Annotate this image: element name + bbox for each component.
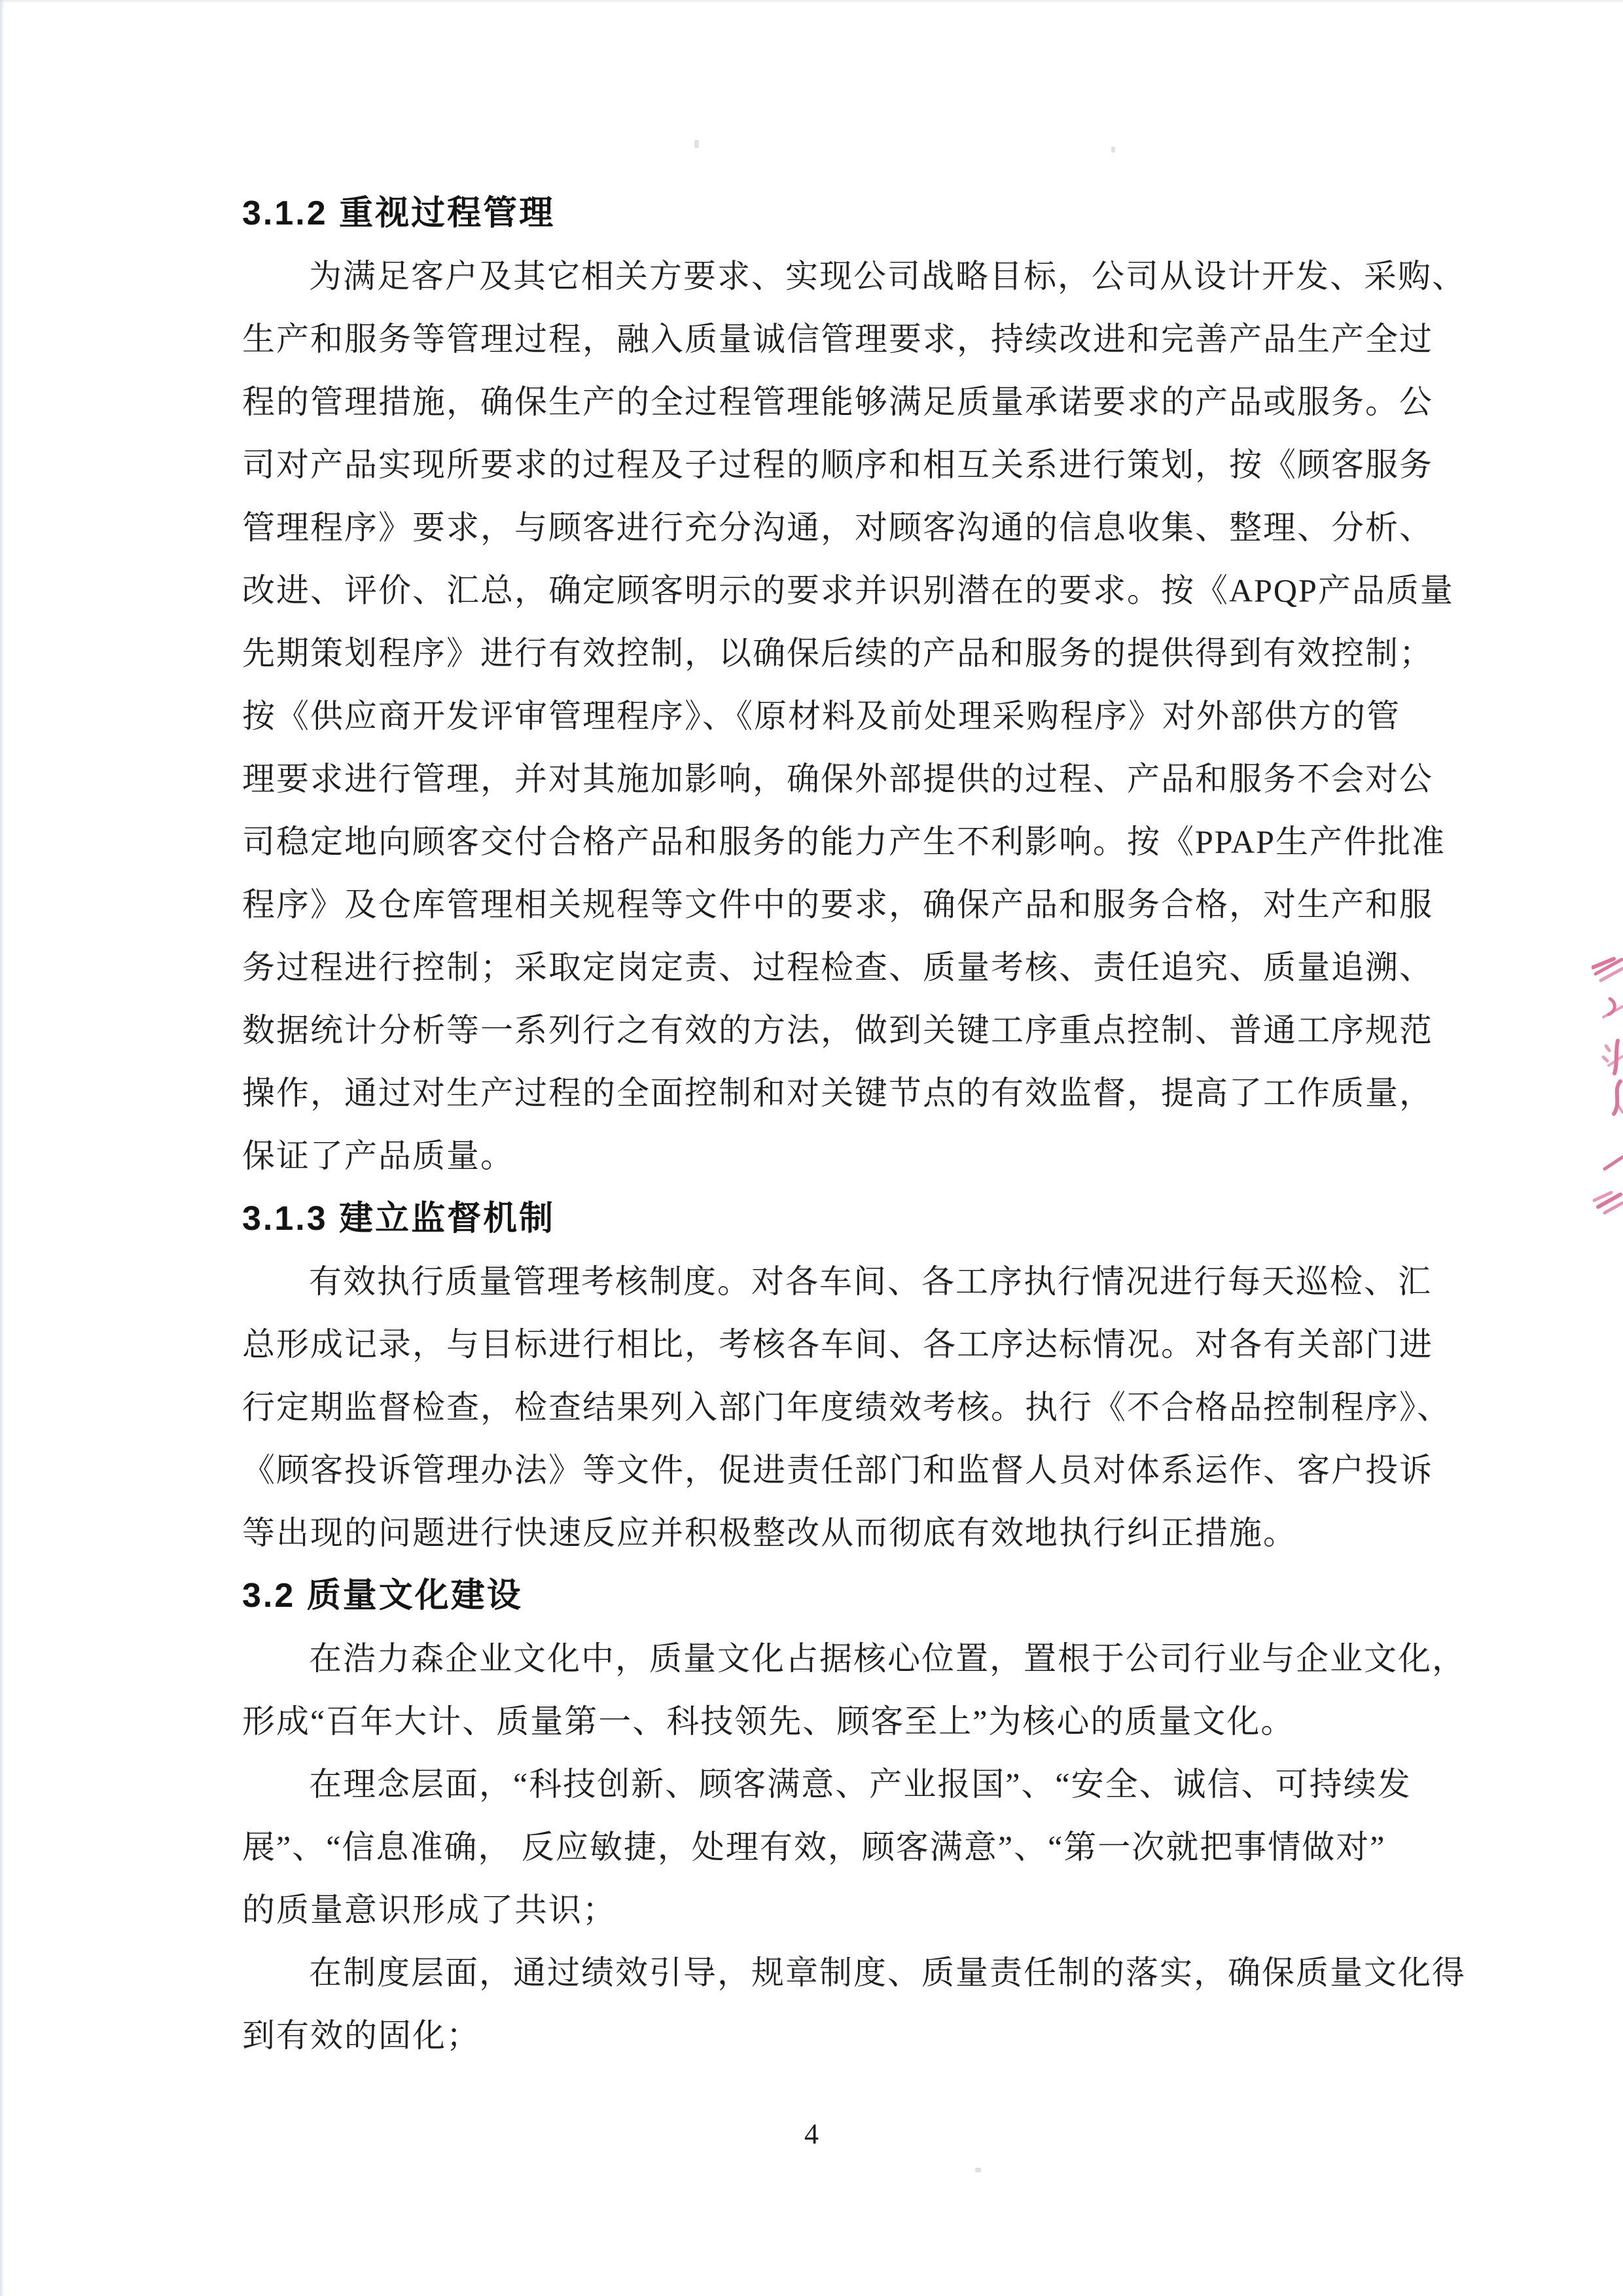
text-line: 形成“百年大计、质量第一、科技领先、顾客至上”为核心的质量文化。	[242, 1690, 1450, 1753]
text-line: 总形成记录，与目标进行相比，考核各车间、各工序达标情况。对各有关部门进	[242, 1313, 1450, 1376]
text-line: 按《供应商开发评审管理程序》、《原材料及前处理采购程序》对外部供方的管	[242, 685, 1450, 747]
text-line: 在理念层面，“科技创新、顾客满意、产业报国”、“安全、诚信、可持续发	[242, 1753, 1450, 1816]
text-line: 保证了产品质量。	[242, 1124, 1450, 1187]
text-line: 的质量意识形成了共识；	[242, 1878, 1450, 1941]
text-line: 操作，通过对生产过程的全面控制和对关键节点的有效监督，提高了工作质量，	[242, 1062, 1450, 1124]
section-heading: 3.1.2 重视过程管理	[242, 182, 1450, 245]
scan-speck	[975, 2168, 981, 2172]
text-line: 《顾客投诉管理办法》等文件，促进责任部门和监督人员对体系运作、客户投诉	[242, 1439, 1450, 1501]
text-line: 为满足客户及其它相关方要求、实现公司战略目标，公司从设计开发、采购、	[242, 245, 1450, 308]
text-line: 理要求进行管理，并对其施加影响，确保外部提供的过程、产品和服务不会对公	[242, 747, 1450, 810]
text-line: 在制度层面，通过绩效引导，规章制度、质量责任制的落实，确保质量文化得	[242, 1941, 1450, 2004]
text-line: 数据统计分析等一系列行之有效的方法，做到关键工序重点控制、普通工序规范	[242, 999, 1450, 1062]
section-heading: 3.2 质量文化建设	[242, 1564, 1450, 1627]
text-line: 管理程序》要求，与顾客进行充分沟通，对顾客沟通的信息收集、整理、分析、	[242, 496, 1450, 559]
text-line: 到有效的固化；	[242, 2004, 1450, 2067]
text-line: 司稳定地向顾客交付合格产品和服务的能力产生不利影响。按《PPAP生产件批准	[242, 810, 1450, 873]
scan-speck	[1111, 147, 1115, 152]
text-line: 改进、评价、汇总，确定顾客明示的要求并识别潜在的要求。按《APQP产品质量	[242, 559, 1450, 622]
text-line: 在浩力森企业文化中，质量文化占据核心位置，置根于公司行业与企业文化，	[242, 1627, 1450, 1690]
section-heading: 3.1.3 建立监督机制	[242, 1187, 1450, 1250]
scan-speck	[694, 140, 699, 148]
text-line: 程的管理措施，确保生产的全过程管理能够满足质量承诺要求的产品或服务。公	[242, 370, 1450, 433]
red-margin-scribbles	[1592, 950, 1623, 1219]
text-line: 司对产品实现所要求的过程及子过程的顺序和相互关系进行策划，按《顾客服务	[242, 433, 1450, 496]
page-number: 4	[0, 2111, 1623, 2157]
text-line: 展”、“信息准确， 反应敏捷，处理有效，顾客满意”、“第一次就把事情做对”	[242, 1816, 1450, 1878]
text-line: 程序》及仓库管理相关规程等文件中的要求，确保产品和服务合格，对生产和服	[242, 873, 1450, 936]
text-line: 先期策划程序》进行有效控制，以确保后续的产品和服务的提供得到有效控制；	[242, 622, 1450, 685]
text-line: 等出现的问题进行快速反应并积极整改从而彻底有效地执行纠正措施。	[242, 1501, 1450, 1564]
scan-edge-top	[0, 0, 1623, 3]
scanned-document-page: 3.1.2 重视过程管理为满足客户及其它相关方要求、实现公司战略目标，公司从设计…	[0, 0, 1623, 2296]
text-line: 行定期监督检查，检查结果列入部门年度绩效考核。执行《不合格品控制程序》、	[242, 1376, 1450, 1439]
text-line: 务过程进行控制；采取定岗定责、过程检查、质量考核、责任追究、质量追溯、	[242, 936, 1450, 999]
document-body: 3.1.2 重视过程管理为满足客户及其它相关方要求、实现公司战略目标，公司从设计…	[242, 182, 1450, 2067]
text-line: 有效执行质量管理考核制度。对各车间、各工序执行情况进行每天巡检、汇	[242, 1250, 1450, 1313]
text-line: 生产和服务等管理过程，融入质量诚信管理要求，持续改进和完善产品生产全过	[242, 308, 1450, 370]
scan-edge-left	[0, 0, 5, 2296]
